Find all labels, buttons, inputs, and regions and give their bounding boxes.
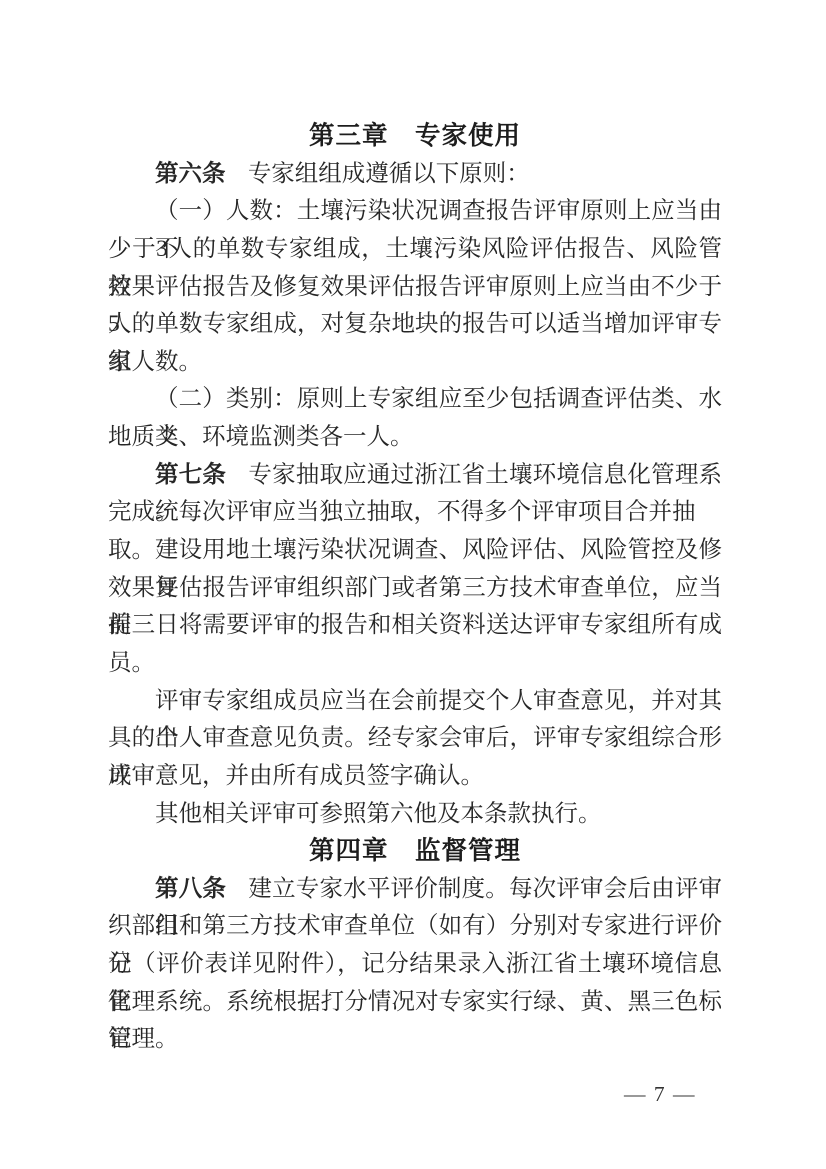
document-line: 组人数。 xyxy=(108,344,722,382)
article-number: 第六条 xyxy=(155,161,226,187)
document-line: 织部门和第三方技术审查单位（如有）分别对专家进行评价记 xyxy=(108,908,722,946)
document-line: 第六条专家组组成遵循以下原则： xyxy=(108,156,722,194)
document-line: 员。 xyxy=(108,645,722,683)
chapter-heading: 第三章 专家使用 xyxy=(108,118,722,156)
document-page: 第三章 专家使用 第六条专家组组成遵循以下原则： （一）人数：土壤污染状况调查报… xyxy=(0,0,826,1169)
document-line: 第八条建立专家水平评价制度。每次评审会后由评审组 xyxy=(108,871,722,909)
document-line: 少于3人的单数专家组成，土壤污染风险评估报告、风险管控 xyxy=(108,231,722,269)
document-line: 具的个人审查意见负责。经专家会审后，评审专家组综合形成 xyxy=(108,720,722,758)
document-line: 完成。每次评审应当独立抽取，不得多个评审项目合并抽取。 xyxy=(108,494,722,532)
document-line: 评审意见，并由所有成员签字确认。 xyxy=(108,758,722,796)
document-line: 效果评估报告及修复效果评估报告评审原则上应当由不少于5 xyxy=(108,269,722,307)
document-line: 效果评估报告评审组织部门或者第三方技术审查单位，应当提 xyxy=(108,570,722,608)
document-line: 评审专家组成员应当在会前提交个人审查意见，并对其出 xyxy=(108,683,722,721)
document-line: 管理。 xyxy=(108,1021,722,1059)
document-line: 前三日将需要评审的报告和相关资料送达评审专家组所有成 xyxy=(108,607,722,645)
document-line: 第七条专家抽取应通过浙江省土壤环境信息化管理系统 xyxy=(108,457,722,495)
document-line: 分（评价表详见附件），记分结果录入浙江省土壤环境信息化 xyxy=(108,946,722,984)
article-number: 第七条 xyxy=(155,462,226,488)
article-number: 第八条 xyxy=(155,876,226,902)
document-line: 其他相关评审可参照第六他及本条款执行。 xyxy=(108,796,722,834)
document-line: 地质类、环境监测类各一人。 xyxy=(108,419,722,457)
document-line: （二）类别：原则上专家组应至少包括调查评估类、水文 xyxy=(108,381,722,419)
document-line: 管理系统。系统根据打分情况对专家实行绿、黄、黑三色标记 xyxy=(108,984,722,1022)
chapter-heading: 第四章 监督管理 xyxy=(108,833,722,871)
article-text: 专家组组成遵循以下原则： xyxy=(248,161,530,187)
document-body: 第三章 专家使用 第六条专家组组成遵循以下原则： （一）人数：土壤污染状况调查报… xyxy=(108,118,722,1059)
page-number: — 7 — xyxy=(624,1081,696,1107)
document-line: 人的单数专家组成，对复杂地块的报告可以适当增加评审专家 xyxy=(108,306,722,344)
document-line: （一）人数：土壤污染状况调查报告评审原则上应当由不 xyxy=(108,193,722,231)
document-line: 建设用地土壤污染状况调查、风险评估、风险管控及修复 xyxy=(108,532,722,570)
